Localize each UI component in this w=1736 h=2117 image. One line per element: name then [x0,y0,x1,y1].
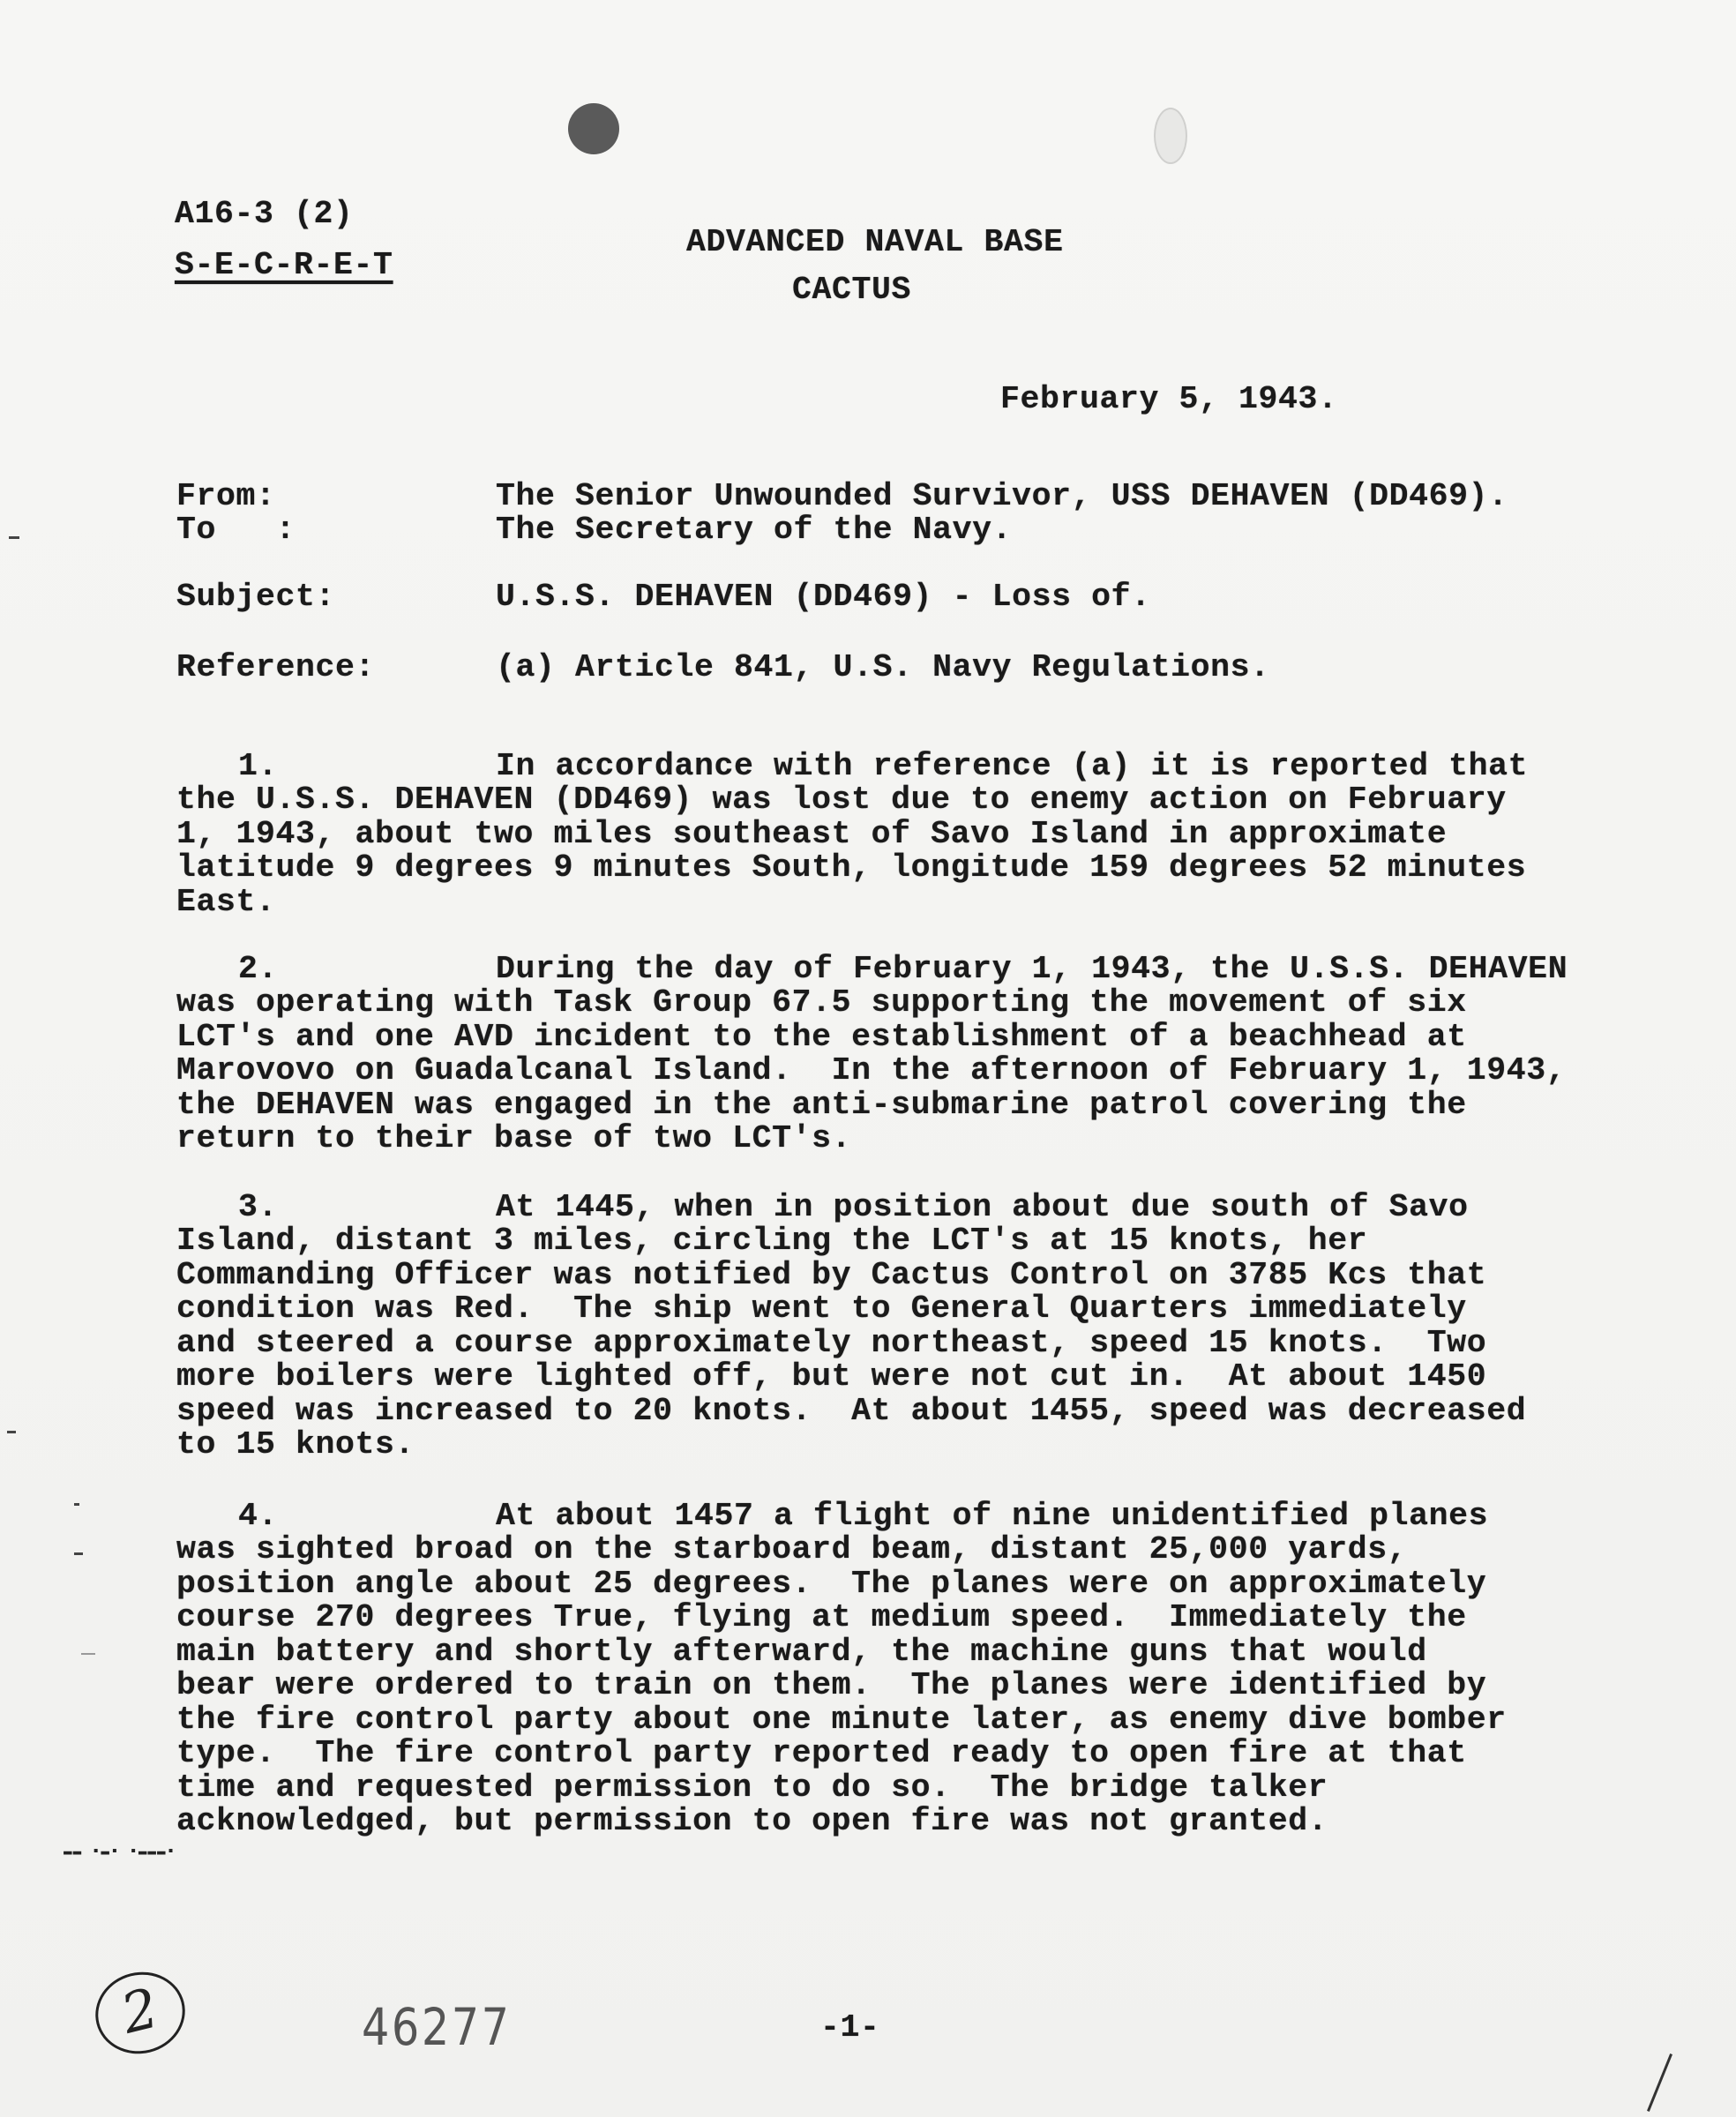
edge-mark [81,1653,95,1655]
edge-mark [7,1431,16,1433]
paragraph-line: Marovovo on Guadalcanal Island. In the a… [176,1054,1566,1088]
paragraph-line: speed was increased to 20 knots. At abou… [176,1395,1526,1429]
paragraph-number: 3. [238,1191,278,1225]
paragraph-line: Commanding Officer was notified by Cactu… [176,1259,1486,1293]
to-label: To : [176,512,296,548]
document-page: A16-3 (2) S-E-C-R-E-T ADVANCED NAVAL BAS… [0,0,1736,2117]
paragraph-number: 2. [238,953,278,987]
reference-value: (a) Article 841, U.S. Navy Regulations. [496,649,1270,685]
paragraph-line: At 1445, when in position about due sout… [496,1191,1469,1225]
paragraph-line: In accordance with reference (a) it is r… [496,750,1528,784]
paragraph-line: more boilers were lighted off, but were … [176,1360,1486,1395]
paragraph-line: type. The fire control party reported re… [176,1737,1467,1771]
edge-mark [74,1503,79,1506]
page-number: -1- [820,2009,880,2046]
paragraph-line: main battery and shortly afterward, the … [176,1635,1427,1670]
paragraph-line: time and requested permission to do so. … [176,1771,1328,1806]
edge-mark [74,1552,83,1555]
paragraph-line: the fire control party about one minute … [176,1703,1507,1738]
paragraph-line: Island, distant 3 miles, circling the LC… [176,1224,1367,1259]
paragraph-line: condition was Red. The ship went to Gene… [176,1292,1467,1327]
circled-mark: 2 [86,1963,193,2063]
paragraph-line: position angle about 25 degrees. The pla… [176,1567,1486,1602]
paragraph-line: the DEHAVEN was engaged in the anti-subm… [176,1088,1467,1123]
ink-smudge-mark: ▬▬ ▪▬▪ ▪▬▬▬▪ [64,1844,176,1859]
paragraph-line: During the day of February 1, 1943, the … [496,953,1568,987]
paragraph-line: to 15 knots. [176,1428,415,1462]
paragraph-line: was sighted broad on the starboard beam,… [176,1533,1407,1567]
paragraph-line: the U.S.S. DEHAVEN (DD469) was lost due … [176,783,1507,818]
paragraph-line: bear were ordered to train on them. The … [176,1669,1486,1703]
from-value: The Senior Unwounded Survivor, USS DEHAV… [496,478,1508,514]
punch-hole-mark [1154,108,1187,164]
reference-label: Reference: [176,649,375,685]
paragraph-line: was operating with Task Group 67.5 suppo… [176,986,1467,1021]
file-code: A16-3 (2) [175,196,354,232]
from-label: From: [176,478,276,514]
pencil-mark [1647,2053,1672,2112]
to-value: The Secretary of the Navy. [496,512,1012,548]
paragraph-number: 1. [238,750,278,784]
document-date: February 5, 1943. [1000,381,1338,417]
letterhead-line-2: CACTUS [792,272,911,308]
subject-value: U.S.S. DEHAVEN (DD469) - Loss of. [496,579,1151,615]
paragraph-line: acknowledged, but permission to open fir… [176,1805,1328,1839]
paragraph-line: LCT's and one AVD incident to the establ… [176,1021,1467,1055]
edge-mark [9,536,19,539]
paragraph-line: At about 1457 a flight of nine unidentif… [496,1500,1488,1534]
subject-label: Subject: [176,579,335,615]
paragraph-line: course 270 degrees True, flying at mediu… [176,1601,1467,1635]
letterhead-line-1: ADVANCED NAVAL BASE [686,224,1064,260]
paragraph-line: and steered a course approximately north… [176,1327,1486,1361]
punch-hole-mark [568,103,619,154]
stamp-number: 46277 [362,1997,512,2057]
paragraph-number: 4. [238,1500,278,1534]
paragraph-line: East. [176,886,276,920]
paragraph-line: latitude 9 degrees 9 minutes South, long… [176,851,1526,886]
classification-marking: S-E-C-R-E-T [175,247,393,283]
paragraph-line: return to their base of two LCT's. [176,1122,851,1156]
paragraph-line: 1, 1943, about two miles southeast of Sa… [176,818,1447,852]
